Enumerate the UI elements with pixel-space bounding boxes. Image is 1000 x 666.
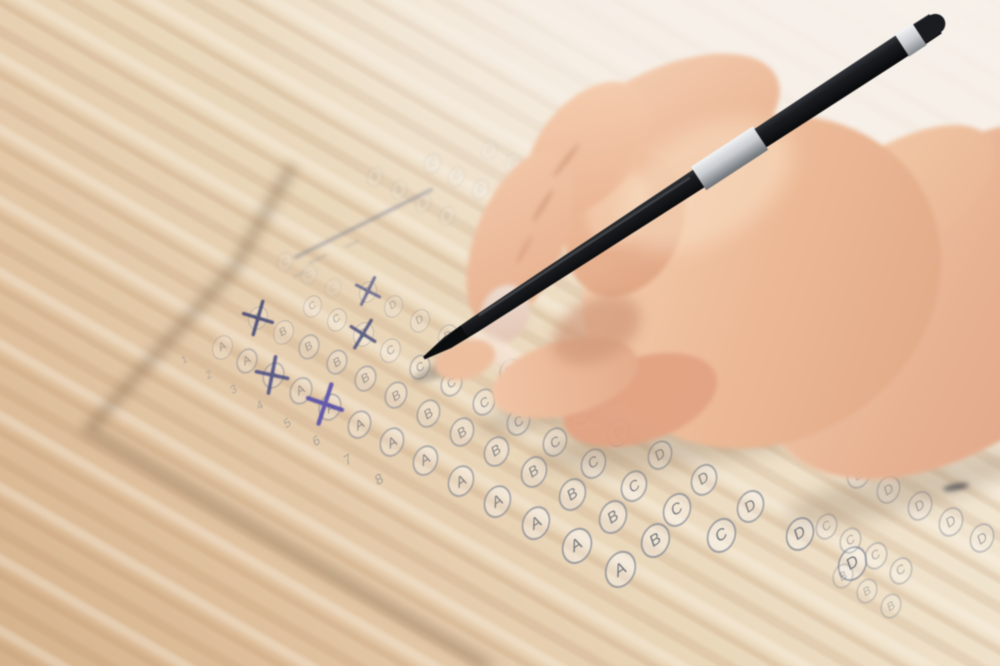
pen-tip-cone: [423, 326, 468, 360]
pen-sheen-highlight: [480, 178, 689, 315]
photo-scene: 12345678AAAAAAAAAAAAABBBBBBBBBBBBBCCCCCC…: [0, 0, 1000, 666]
pen-clip-band: [691, 126, 768, 190]
pen-barrel: [423, 14, 942, 359]
black-pen: [0, 0, 1000, 666]
pen-cap-end: [925, 14, 945, 34]
